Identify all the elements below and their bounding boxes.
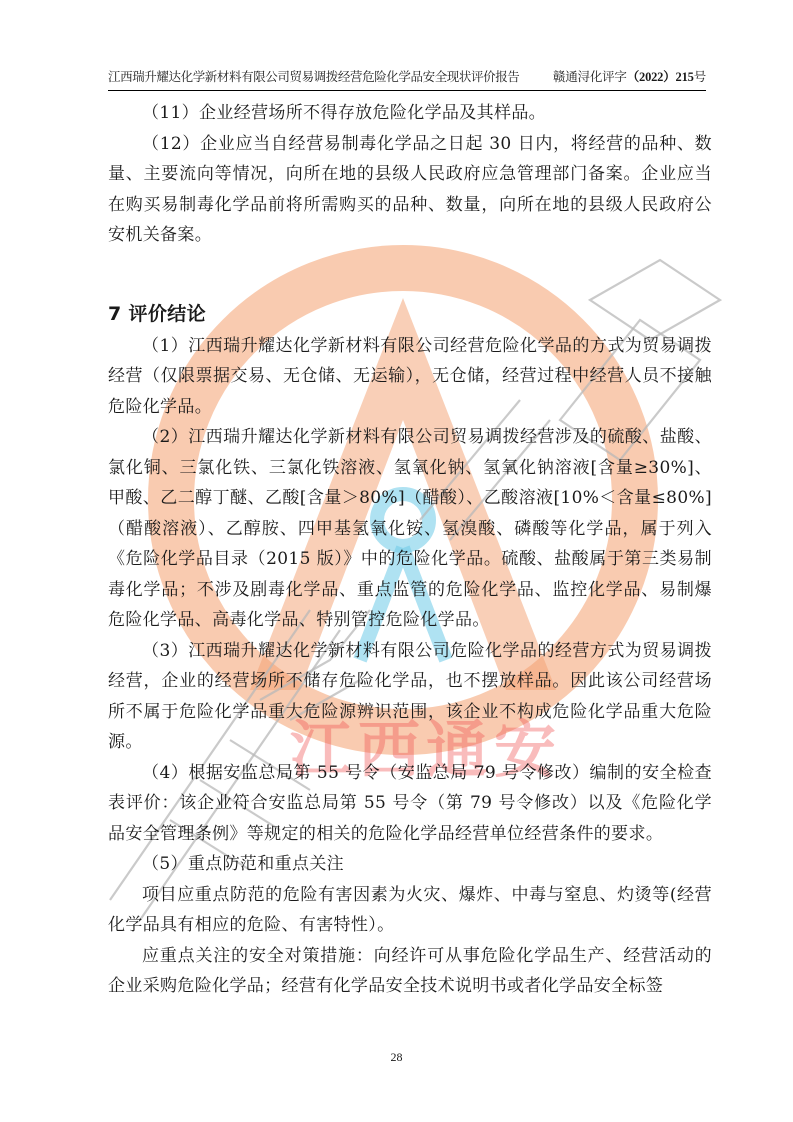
paragraph-item-11: （11）企业经营场所不得存放危险化学品及其样品。 [108,98,712,129]
header-report-title: 江西瑞升耀达化学新材料有限公司贸易调拨经营危险化学品安全现状评价报告 [108,67,519,87]
document-body: （11）企业经营场所不得存放危险化学品及其样品。 （12）企业应当自经营易制毒化… [108,98,712,1002]
page-number: 28 [0,1050,793,1065]
conclusion-2: （2）江西瑞升耀达化学新材料有限公司贸易调拨经营涉及的硫酸、盐酸、氯化铜、三氯化… [108,422,712,636]
header-ref-prefix: 赣通浔化评字 [553,69,627,84]
conclusion-3: （3）江西瑞升耀达化学新材料有限公司危险化学品的经营方式为贸易调拨经营，企业的经… [108,636,712,758]
conclusion-4: （4）根据安监总局第 55 号令（安监总局 79 号令修改）编制的安全检查表评价… [108,758,712,850]
running-header: 江西瑞升耀达化学新材料有限公司贸易调拨经营危险化学品安全现状评价报告 赣通浔化评… [108,66,706,91]
paragraph-item-12: （12）企业应当自经营易制毒化学品之日起 30 日内，将经营的品种、数量、主要流… [108,129,712,251]
header-ref-number: （2022）215 [627,70,694,84]
conclusion-5-measures: 应重点关注的安全对策措施：向经许可从事危险化学品生产、经营活动的企业采购危险化学… [108,941,712,1002]
document-page: 江西瑞升耀达化学新材料有限公司贸易调拨经营危险化学品安全现状评价报告 赣通浔化评… [0,0,793,1122]
header-ref-suffix: 号 [694,69,706,84]
section-heading: 7 评价结论 [108,297,712,331]
conclusion-5-hazards: 项目应重点防范的危险有害因素为火灾、爆炸、中毒与窒息、灼烫等(经营化学品具有相应… [108,880,712,941]
header-reference-number: 赣通浔化评字（2022）215号 [553,67,706,87]
conclusion-1: （1）江西瑞升耀达化学新材料有限公司经营危险化学品的方式为贸易调拨经营（仅限票据… [108,331,712,423]
conclusion-5-heading: （5）重点防范和重点关注 [108,849,712,880]
